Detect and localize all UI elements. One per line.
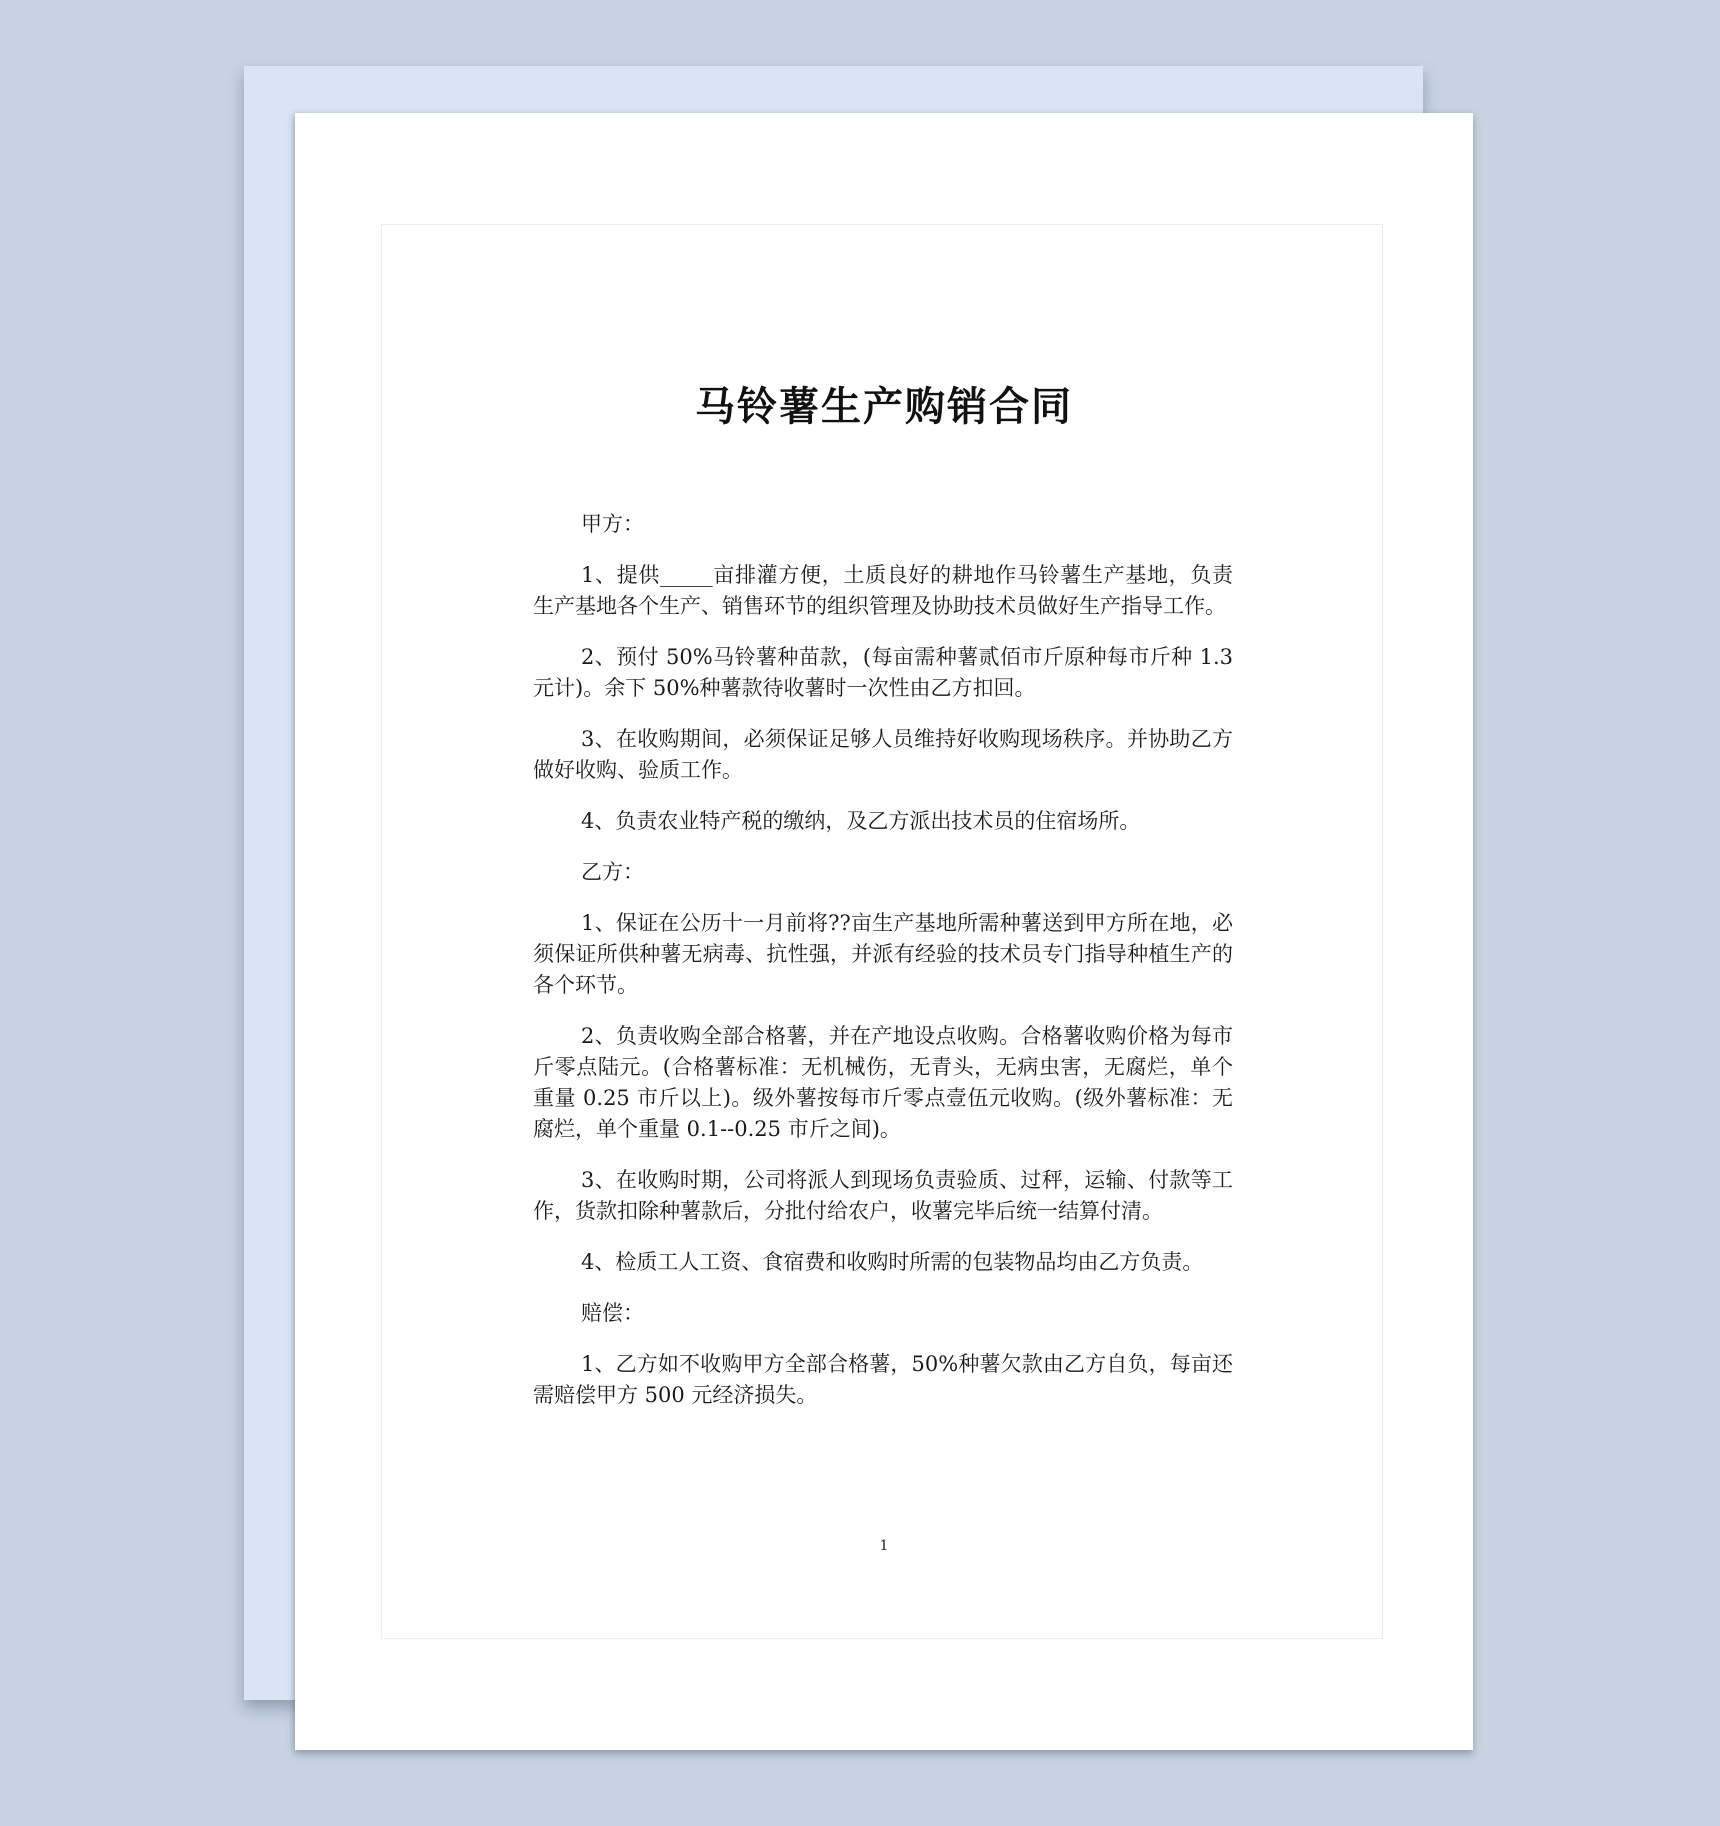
clause-party-b-3: 3、在收购时期，公司将派人到现场负责验质、过秤，运输、付款等工作，货款扣除种薯款… [533,1165,1233,1227]
document-title: 马铃薯生产购销合同 [295,375,1473,432]
section-heading-compensation: 赔偿： [533,1298,1233,1329]
document-page: 马铃薯生产购销合同 甲方： 1、提供_____亩排灌方便，土质良好的耕地作马铃薯… [295,113,1473,1750]
clause-party-a-4: 4、负责农业特产税的缴纳，及乙方派出技术员的住宿场所。 [533,806,1233,837]
clause-party-b-4: 4、检质工人工资、食宿费和收购时所需的包装物品均由乙方负责。 [533,1247,1233,1278]
clause-party-a-3: 3、在收购期间，必须保证足够人员维持好收购现场秩序。并协助乙方做好收购、验质工作… [533,724,1233,786]
clause-party-a-2: 2、预付 50%马铃薯种苗款，(每亩需种薯贰佰市斤原种每市斤种 1.3 元计)。… [533,642,1233,704]
clause-party-a-1: 1、提供_____亩排灌方便，土质良好的耕地作马铃薯生产基地，负责生产基地各个生… [533,560,1233,622]
clause-party-b-2: 2、负责收购全部合格薯，并在产地设点收购。合格薯收购价格为每市斤零点陆元。(合格… [533,1021,1233,1145]
clause-party-b-1: 1、保证在公历十一月前将??亩生产基地所需种薯送到甲方所在地，必须保证所供种薯无… [533,908,1233,1001]
section-heading-party-a: 甲方： [533,509,1233,540]
section-heading-party-b: 乙方： [533,857,1233,888]
document-body: 甲方： 1、提供_____亩排灌方便，土质良好的耕地作马铃薯生产基地，负责生产基… [533,509,1233,1431]
page-number: 1 [295,1538,1473,1554]
clause-compensation-1: 1、乙方如不收购甲方全部合格薯，50%种薯欠款由乙方自负，每亩还需赔偿甲方 50… [533,1349,1233,1411]
